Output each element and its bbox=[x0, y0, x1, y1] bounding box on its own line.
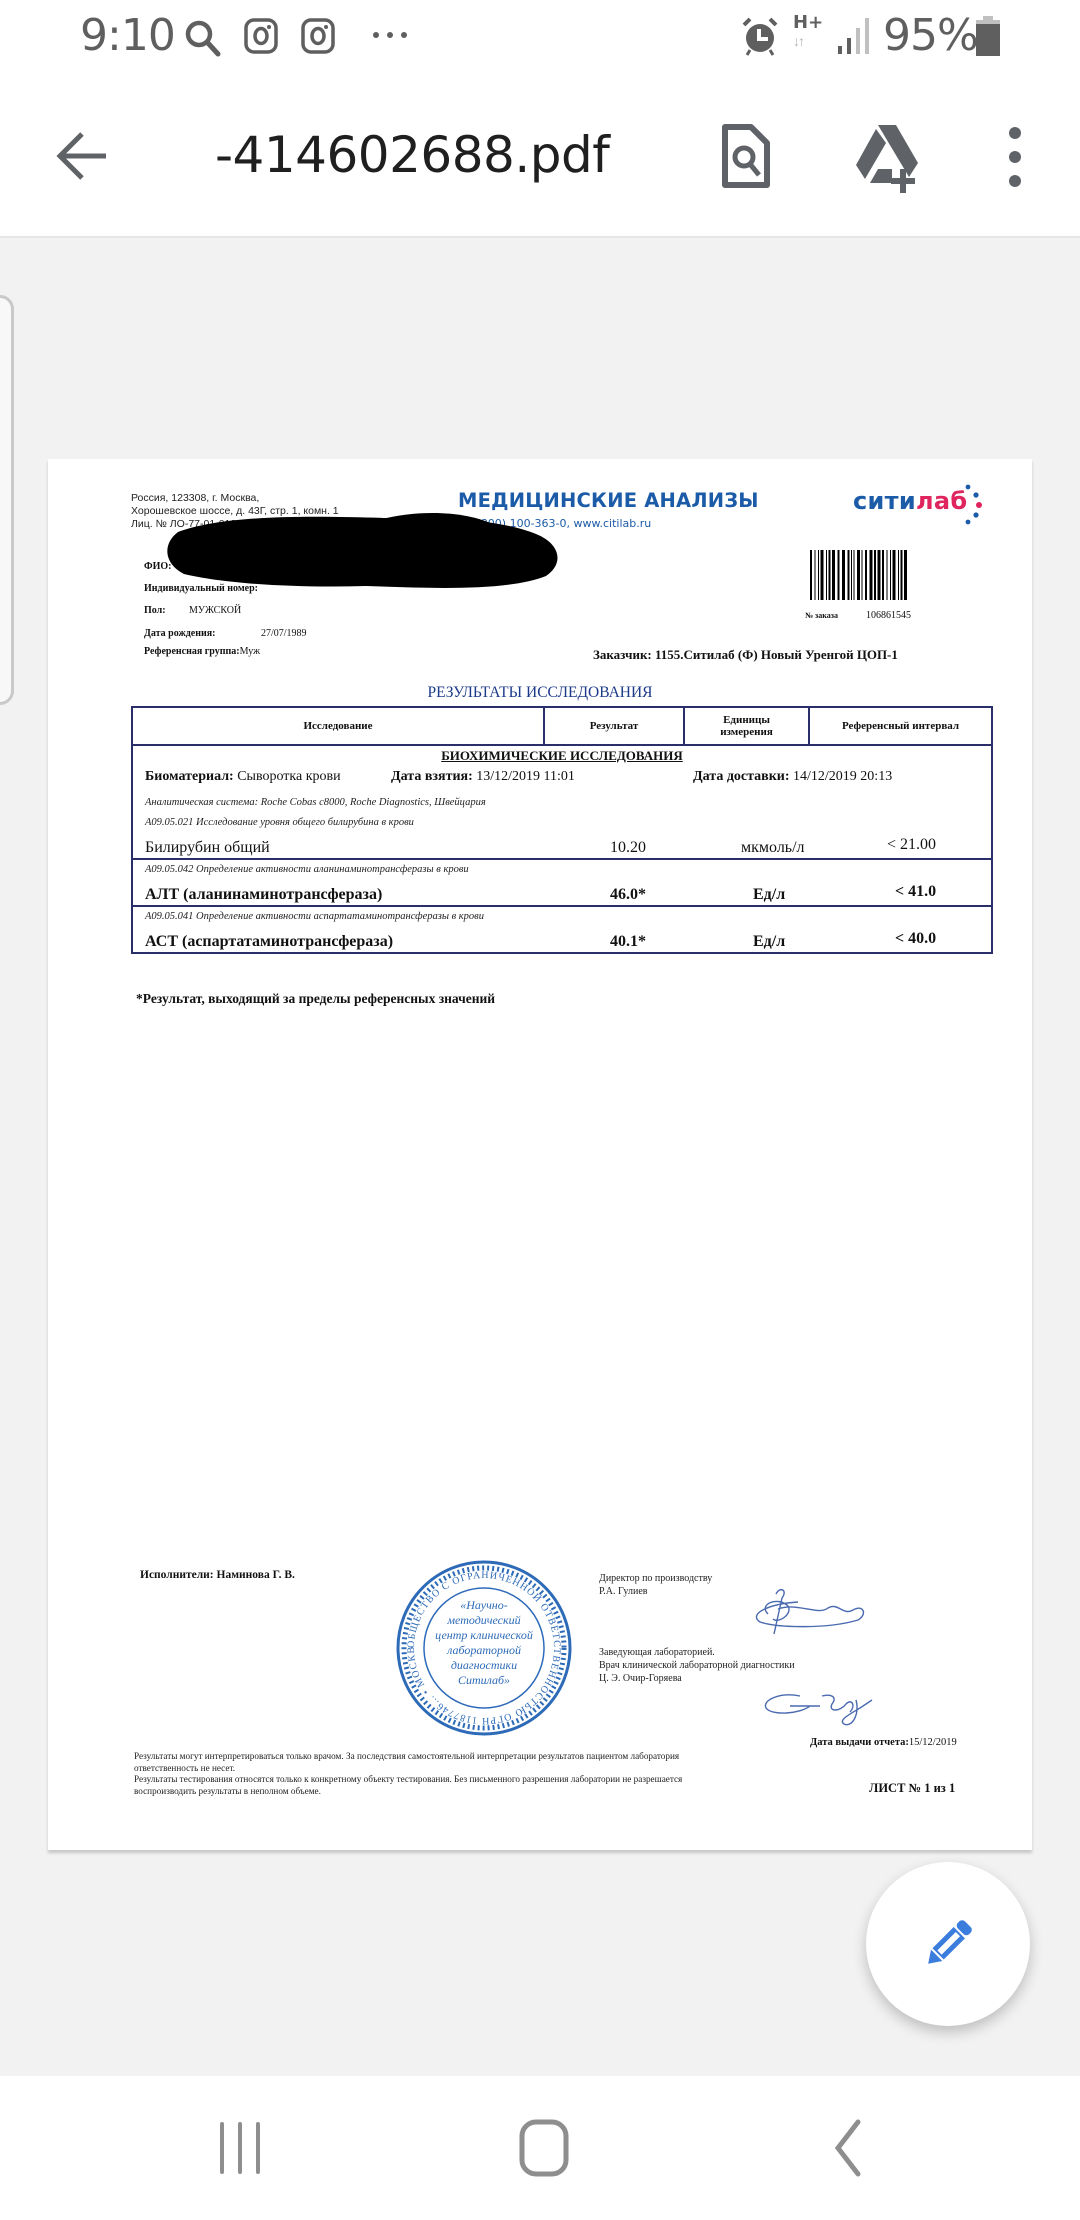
ref-group-label: Референсная группа: bbox=[144, 646, 240, 657]
edit-fab-button[interactable] bbox=[866, 1862, 1030, 2026]
test-result: 46.0* bbox=[610, 886, 646, 904]
status-bar: 9:10 H+ ↓↑ 95% bbox=[0, 0, 1080, 72]
page-scroll-handle[interactable] bbox=[0, 295, 14, 705]
signer-head-of-lab: Заведующая лабораторией. Врач клиническо… bbox=[599, 1646, 795, 1685]
biomaterial-label: Биоматериал: bbox=[145, 769, 234, 784]
issue-date: Дата выдачи отчета:15/12/2019 bbox=[810, 1737, 957, 1748]
more-notifications-icon bbox=[370, 30, 414, 40]
test-code-note: A09.05.021 Исследование уровня общего би… bbox=[133, 813, 991, 833]
col-header-result: Результат bbox=[545, 708, 685, 744]
more-vert-icon[interactable] bbox=[975, 117, 1055, 197]
disclaimer-line: Результаты тестирования относятся только… bbox=[134, 1774, 694, 1797]
delivered-label: Дата доставки: bbox=[693, 769, 790, 784]
test-result: 40.1* bbox=[610, 933, 646, 951]
logo-text-part1: сити bbox=[853, 487, 916, 515]
edit-pencil-icon bbox=[916, 1912, 980, 1976]
sheet-number: ЛИСТ № 1 из 1 bbox=[869, 1781, 955, 1796]
analyzer-note: Аналитическая система: Roche Cobas c8000… bbox=[133, 793, 991, 813]
signer-line: Врач клинической лабораторной диагностик… bbox=[599, 1659, 795, 1672]
taken-label: Дата взятия: bbox=[391, 769, 473, 784]
table-row: Билирубин общий 10.20 мкмоль/л < 21.00 bbox=[133, 833, 991, 860]
pdf-page: Россия, 123308, г. Москва, Хорошевское ш… bbox=[48, 459, 1032, 1850]
alarm-icon bbox=[740, 16, 780, 56]
instagram-icon bbox=[243, 17, 279, 55]
patient-id: Индивидуальный номер: bbox=[144, 583, 258, 594]
svg-text:«Научно-методическийцентр клин: «Научно-методическийцентр клиническойлаб… bbox=[435, 1598, 533, 1687]
lab-stamp: ОБЩЕСТВО С ОГРАНИЧЕННОЙ ОТВЕТСТВЕННОСТЬЮ… bbox=[395, 1559, 573, 1737]
order-number-label: № заказа bbox=[805, 611, 838, 620]
disclaimer-line: Результаты могут интерпретироваться толь… bbox=[134, 1751, 694, 1774]
head-of-lab-signature bbox=[760, 1684, 880, 1734]
back-icon[interactable] bbox=[52, 124, 116, 188]
find-in-file-icon[interactable] bbox=[705, 117, 785, 197]
out-of-range-footnote: *Результат, выходящий за пределы референ… bbox=[136, 991, 495, 1007]
pdf-viewer: Россия, 123308, г. Москва, Хорошевское ш… bbox=[0, 240, 1080, 2076]
battery-icon bbox=[975, 16, 1001, 56]
home-icon[interactable] bbox=[504, 2118, 584, 2178]
search-icon bbox=[183, 18, 223, 58]
test-code-note: A09.05.041 Определение активности аспарт… bbox=[133, 907, 991, 927]
back-nav-icon[interactable] bbox=[806, 2118, 886, 2178]
section-title: БИОХИМИЧЕСКИЕ ИССЛЕДОВАНИЯ bbox=[133, 748, 991, 767]
test-reference: < 21.00 bbox=[887, 836, 936, 854]
order-barcode bbox=[810, 550, 908, 600]
citilab-logo: ситилаб bbox=[853, 487, 967, 515]
results-title: РЕЗУЛЬТАТЫ ИССЛЕДОВАНИЯ bbox=[48, 684, 1032, 702]
signer-line: Директор по производству bbox=[599, 1572, 712, 1585]
customer: Заказчик: 1155.Ситилаб (Ф) Новый Уренгой… bbox=[593, 647, 898, 663]
test-name: Билирубин общий bbox=[145, 839, 270, 857]
app-bar: -414602688.pdf bbox=[0, 72, 1080, 238]
test-result: 10.20 bbox=[610, 839, 646, 857]
patient-dob: Дата рождения:27/07/1989 bbox=[144, 628, 307, 639]
biomaterial-value: Сыворотка крови bbox=[237, 769, 340, 784]
dob-label: Дата рождения: bbox=[144, 628, 261, 639]
signer-director: Директор по производству Р.А. Гулиев bbox=[599, 1572, 712, 1598]
sample-meta: Биоматериал: Сыворотка крови Дата взятия… bbox=[133, 767, 991, 793]
test-reference: < 40.0 bbox=[895, 930, 936, 948]
test-unit: Ед/л bbox=[753, 886, 785, 904]
col-header-units-label: Единицы измерения bbox=[712, 714, 782, 738]
test-name: АЛТ (аланинаминотрансфераза) bbox=[145, 886, 382, 904]
patient-sex: Пол:МУЖСКОЙ bbox=[144, 605, 241, 616]
signer-line: Р.А. Гулиев bbox=[599, 1585, 712, 1598]
sex-value: МУЖСКОЙ bbox=[189, 605, 241, 616]
test-reference: < 41.0 bbox=[895, 883, 936, 901]
id-label: Индивидуальный номер: bbox=[144, 583, 258, 594]
network-type-label: H+ bbox=[793, 14, 823, 32]
signer-line: Заведующая лабораторией. bbox=[599, 1646, 795, 1659]
director-signature bbox=[748, 1584, 888, 1644]
table-row: АЛТ (аланинаминотрансфераза) 46.0* Ед/л … bbox=[133, 880, 991, 907]
order-number: 106861545 bbox=[866, 610, 911, 621]
add-to-drive-icon[interactable] bbox=[848, 117, 928, 197]
hplus-data-icon: H+ ↓↑ bbox=[793, 14, 823, 58]
issue-date-label: Дата выдачи отчета: bbox=[810, 1737, 909, 1748]
dob-value: 27/07/1989 bbox=[261, 628, 307, 639]
patient-ref-group: Референсная группа:Муж bbox=[144, 646, 260, 657]
battery-percent: 95% bbox=[883, 10, 978, 61]
test-code-note: A09.05.042 Определение активности аланин… bbox=[133, 860, 991, 880]
redaction-mark bbox=[166, 504, 566, 594]
test-name: АСТ (аспартатаминотрансфераза) bbox=[145, 933, 393, 951]
issue-date-value: 15/12/2019 bbox=[909, 1737, 957, 1748]
instagram-icon bbox=[300, 17, 336, 55]
col-header-units: Единицы измерения bbox=[685, 708, 810, 744]
patient-fio: ФИО: bbox=[144, 561, 171, 572]
fio-label: ФИО: bbox=[144, 561, 171, 572]
recent-apps-icon[interactable] bbox=[200, 2118, 280, 2178]
sex-label: Пол: bbox=[144, 605, 189, 616]
col-header-test: Исследование bbox=[133, 708, 545, 744]
delivered-value: 14/12/2019 20:13 bbox=[793, 769, 892, 784]
col-header-reference: Референсный интервал bbox=[810, 708, 991, 744]
results-table: Исследование Результат Единицы измерения… bbox=[131, 706, 993, 954]
logo-dots-icon bbox=[956, 481, 986, 531]
executors: Исполнители: Наминова Г. В. bbox=[140, 1569, 295, 1581]
system-nav-bar bbox=[0, 2076, 1080, 2220]
table-row: АСТ (аспартатаминотрансфераза) 40.1* Ед/… bbox=[133, 927, 991, 952]
test-unit: мкмоль/л bbox=[741, 839, 805, 857]
document-title: -414602688.pdf bbox=[215, 126, 609, 184]
taken-value: 13/12/2019 11:01 bbox=[476, 769, 575, 784]
ref-group-value: Муж bbox=[240, 646, 260, 657]
signal-icon bbox=[836, 16, 872, 56]
table-header: Исследование Результат Единицы измерения… bbox=[133, 708, 991, 746]
disclaimer: Результаты могут интерпретироваться толь… bbox=[134, 1751, 694, 1797]
test-unit: Ед/л bbox=[753, 933, 785, 951]
status-time: 9:10 bbox=[80, 10, 175, 61]
